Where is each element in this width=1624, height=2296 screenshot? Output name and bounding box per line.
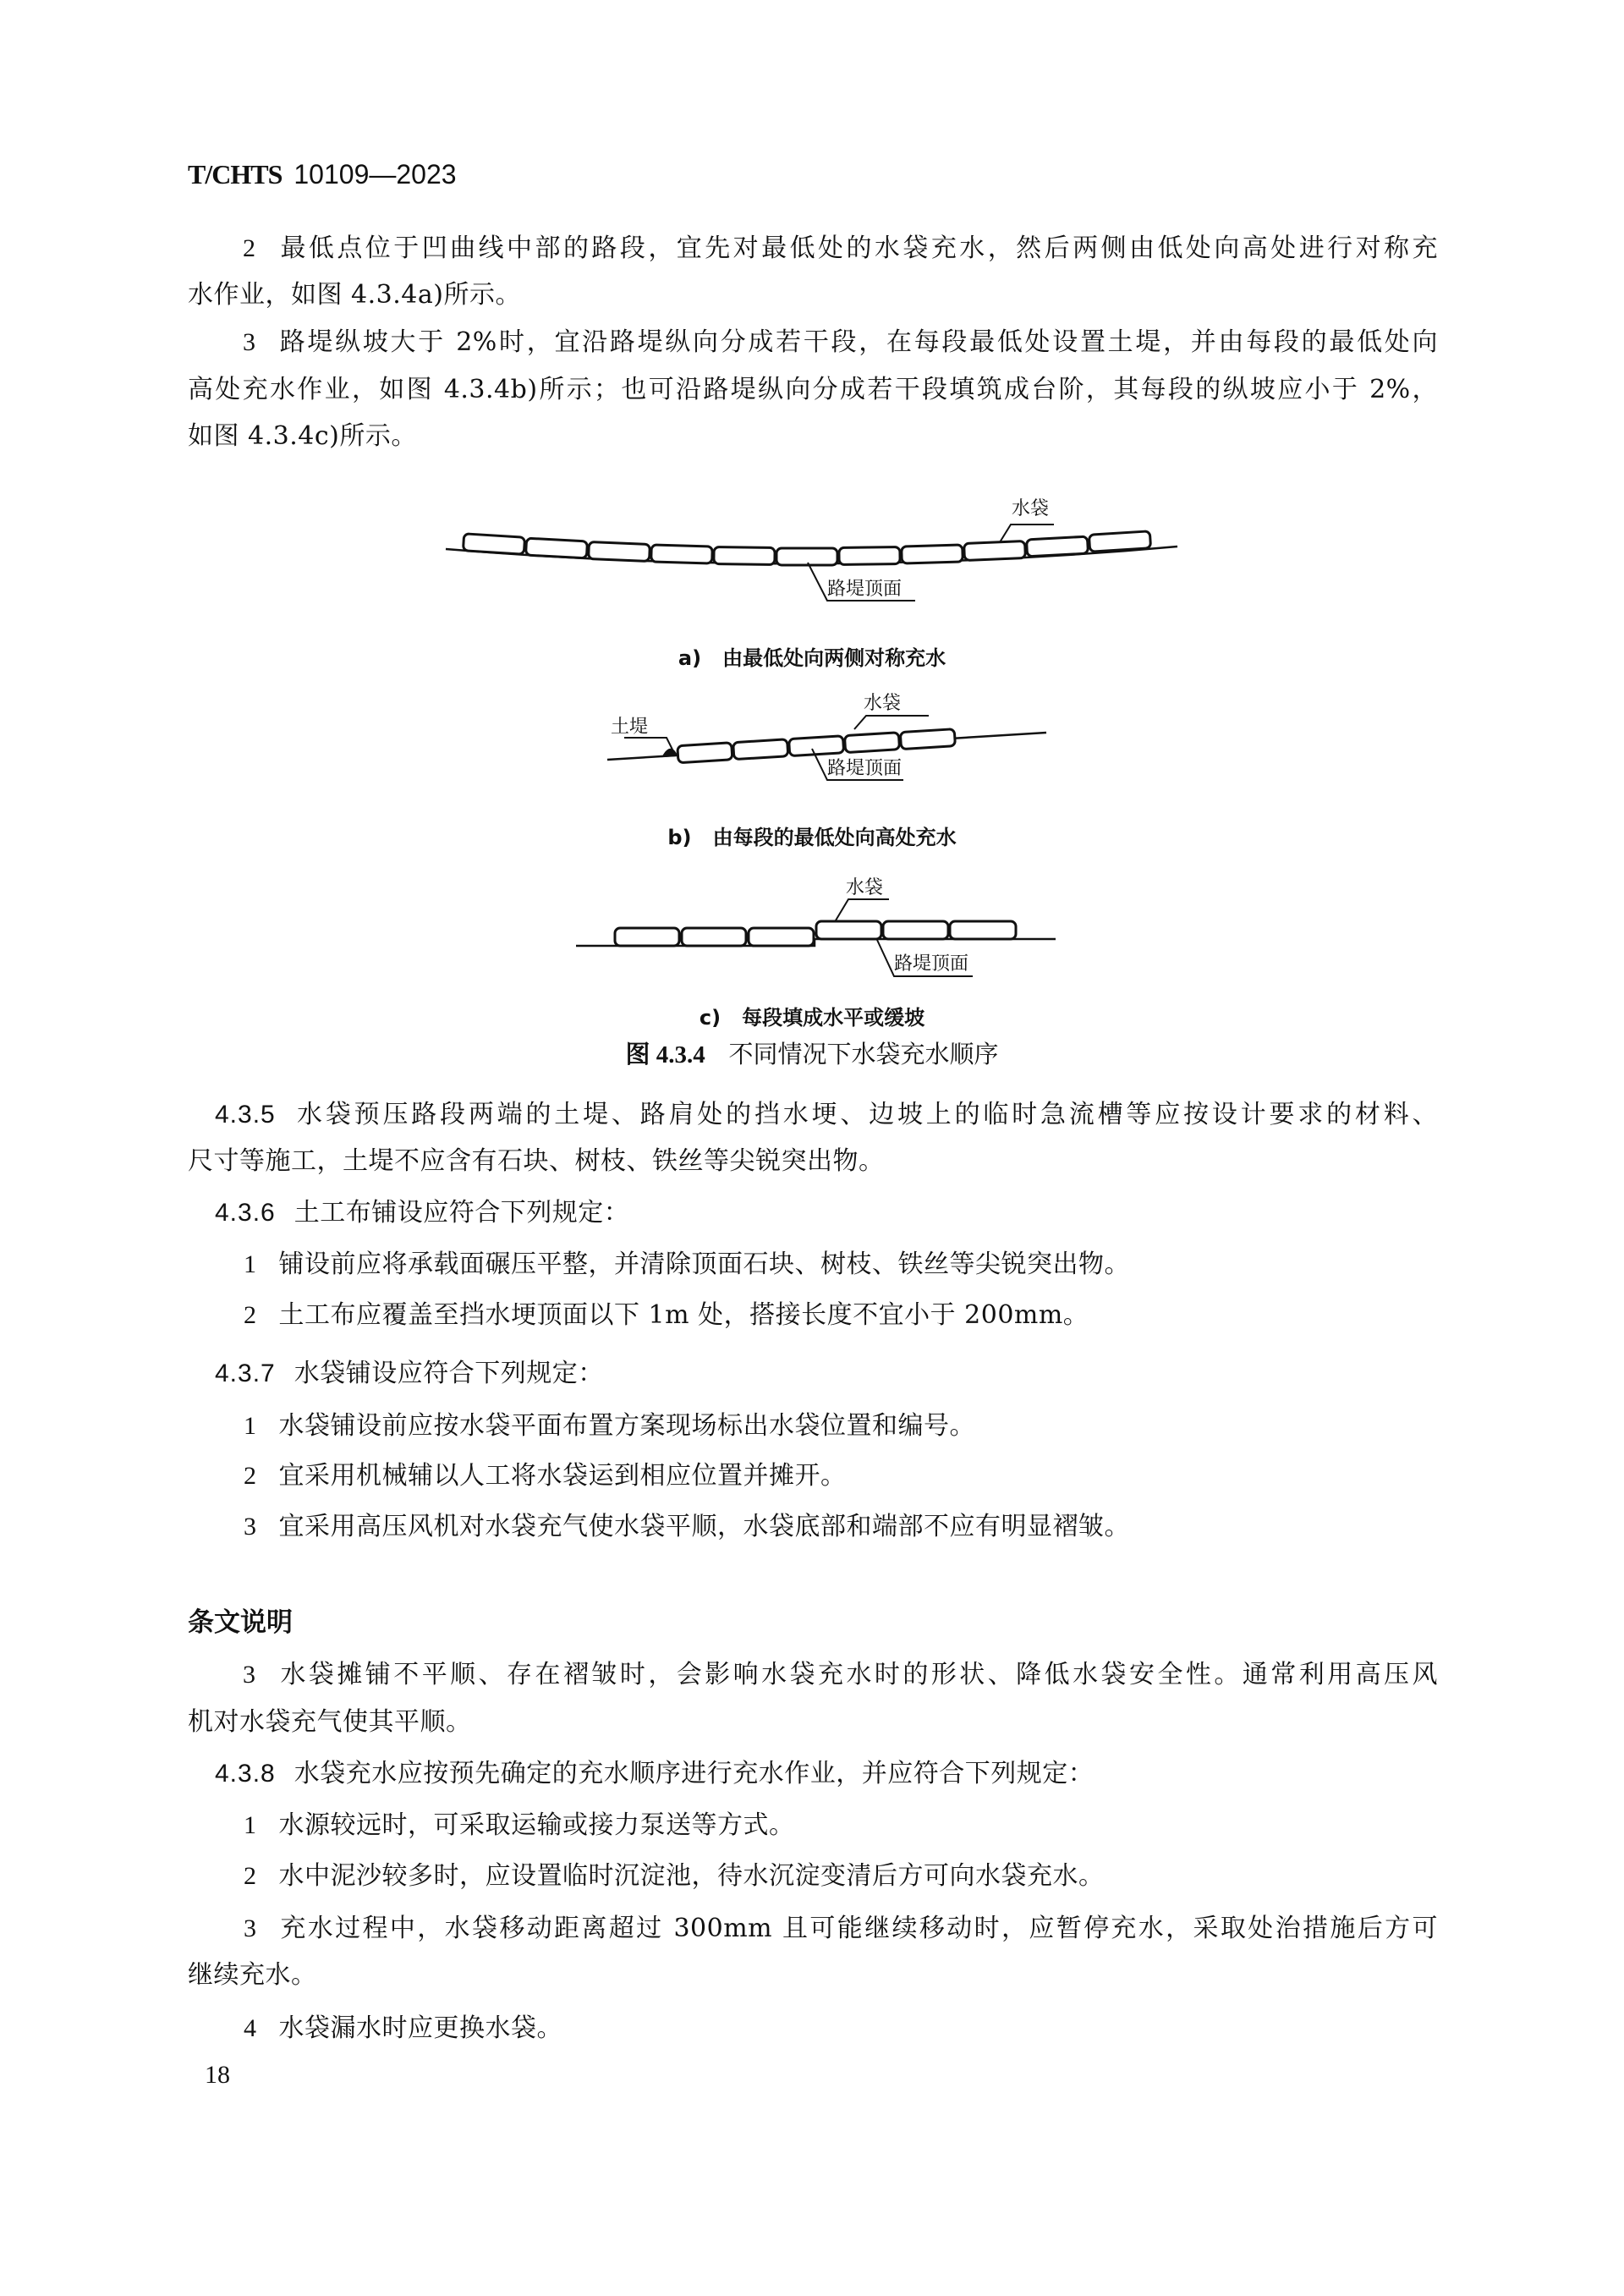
page-number: 18 xyxy=(205,2061,230,2090)
figure-title-text: 不同情况下水袋充水顺序 xyxy=(728,1040,998,1068)
diagram-a-surface-label: 路堤顶面 xyxy=(827,579,902,600)
section-title: 土工布铺设应符合下列规定： xyxy=(294,1198,630,1228)
item-text: 宜采用高压风机对水袋充气使水袋平顺，水袋底部和端部不应有明显褶皱。 xyxy=(279,1512,1131,1541)
figure-4-3-4-diagrams: 水袋 路堤顶面 土堤 水袋 路堤顶面 水袋 路堤顶面 xyxy=(0,0,1624,1100)
subfigure-caption-text: 由最低处向两侧对称充水 xyxy=(722,646,946,670)
section-title: 水袋铺设应符合下列规定： xyxy=(294,1359,604,1388)
subfigure-a-caption: a) 由最低处向两侧对称充水 xyxy=(0,645,1624,671)
item-text: 宜采用机械辅以人工将水袋运到相应位置并摊开。 xyxy=(279,1461,847,1491)
item-number: 1 xyxy=(244,1811,257,1839)
section-4-3-6-item-1: 1铺设前应将承载面碾压平整，并清除顶面石块、树枝、铁丝等尖锐突出物。 xyxy=(244,1250,1130,1280)
commentary-text: 水袋摊铺不平顺、存在褶皱时，会影响水袋充水时的形状、降低水袋安全性。通常利用高压… xyxy=(278,1660,1439,1689)
item-number: 2 xyxy=(244,1862,257,1890)
item-text: 水中泥沙较多时，应设置临时沉淀池，待水沉淀变清后方可向水袋充水。 xyxy=(279,1861,1105,1891)
item-text: 水袋铺设前应按水袋平面布置方案现场标出水袋位置和编号。 xyxy=(279,1411,976,1441)
section-4-3-8-item-4: 4水袋漏水时应更换水袋。 xyxy=(244,2013,562,2044)
section-4-3-8-item-3-line-1: 3充水过程中，水袋移动距离超过 300mm 且可能继续移动时，应暂停充水，采取处… xyxy=(188,1914,1438,1944)
diagram-b-bag-label: 水袋 xyxy=(864,693,901,714)
section-text: 水袋预压路段两端的土堤、路肩处的挡水埂、边坡上的临时急流槽等应按设计要求的材料、 xyxy=(294,1100,1438,1129)
item-number: 2 xyxy=(244,1301,257,1329)
item-text: 水袋漏水时应更换水袋。 xyxy=(279,2013,563,2043)
section-4-3-7: 4.3.7水袋铺设应符合下列规定： xyxy=(215,1359,604,1389)
section-4-3-7-item-3: 3宜采用高压风机对水袋充气使水袋平顺，水袋底部和端部不应有明显褶皱。 xyxy=(244,1512,1130,1542)
subfigure-caption-text: 由每段的最低处向高处充水 xyxy=(713,826,957,849)
section-number: 4.3.6 xyxy=(215,1199,276,1227)
item-text: 水源较远时，可采取运输或接力泵送等方式。 xyxy=(279,1810,795,1840)
item-text: 充水过程中，水袋移动距离超过 300mm 且可能继续移动时，应暂停充水，采取处治… xyxy=(279,1914,1439,1943)
subfigure-c-caption: c) 每段填成水平或缓坡 xyxy=(0,1005,1624,1030)
diagram-c-surface-label: 路堤顶面 xyxy=(894,953,968,975)
section-4-3-8: 4.3.8水袋充水应按预先确定的充水顺序进行充水作业，并应符合下列规定： xyxy=(215,1759,1094,1789)
subfigure-label: a) xyxy=(678,646,701,670)
item-number: 1 xyxy=(244,1250,257,1278)
bag-leader-line xyxy=(836,899,889,920)
section-4-3-6: 4.3.6土工布铺设应符合下列规定： xyxy=(215,1198,629,1228)
bag-leader-line xyxy=(854,716,929,729)
section-4-3-8-item-1: 1水源较远时，可采取运输或接力泵送等方式。 xyxy=(244,1810,795,1841)
subfigure-label: b) xyxy=(667,826,691,849)
diagram-a-bag-label: 水袋 xyxy=(1012,498,1049,519)
item-number: 2 xyxy=(244,1462,257,1490)
section-4-3-8-item-3-line-2: 继续充水。 xyxy=(188,1960,317,1991)
section-number: 4.3.8 xyxy=(215,1760,276,1788)
diagram-b-berm-label: 土堤 xyxy=(611,717,648,738)
item-number: 1 xyxy=(244,1412,257,1440)
commentary-line-1: 3水袋摊铺不平顺、存在褶皱时，会影响水袋充水时的形状、降低水袋安全性。通常利用高… xyxy=(188,1660,1438,1690)
subfigure-b-caption: b) 由每段的最低处向高处充水 xyxy=(0,825,1624,850)
item-text: 铺设前应将承载面碾压平整，并清除顶面石块、树枝、铁丝等尖锐突出物。 xyxy=(279,1250,1131,1279)
soil-berm xyxy=(663,750,677,756)
section-4-3-6-item-2: 2土工布应覆盖至挡水埂顶面以下 1m 处，搭接长度不宜小于 200mm。 xyxy=(244,1300,1089,1331)
diagram-c-bag-label: 水袋 xyxy=(846,877,883,898)
section-4-3-7-item-2: 2宜采用机械辅以人工将水袋运到相应位置并摊开。 xyxy=(244,1461,847,1491)
section-number: 4.3.7 xyxy=(215,1359,276,1387)
figure-title: 图 4.3.4 不同情况下水袋充水顺序 xyxy=(0,1039,1624,1070)
section-4-3-8-item-2: 2水中泥沙较多时，应设置临时沉淀池，待水沉淀变清后方可向水袋充水。 xyxy=(244,1861,1105,1892)
subfigure-label: c) xyxy=(700,1006,721,1030)
section-4-3-7-item-1: 1水袋铺设前应按水袋平面布置方案现场标出水袋位置和编号。 xyxy=(244,1411,975,1442)
figure-number: 图 4.3.4 xyxy=(626,1041,705,1068)
item-number: 4 xyxy=(244,2014,257,2042)
water-bags xyxy=(463,531,1150,565)
commentary-heading: 条文说明 xyxy=(188,1607,293,1638)
item-text: 土工布应覆盖至挡水埂顶面以下 1m 处，搭接长度不宜小于 200mm。 xyxy=(279,1300,1089,1330)
commentary-line-2: 机对水袋充气使其平顺。 xyxy=(188,1707,472,1738)
diagram-a xyxy=(446,525,1177,601)
diagram-b-surface-label: 路堤顶面 xyxy=(827,758,902,779)
item-number: 3 xyxy=(243,1661,256,1689)
section-4-3-5-line-2: 尺寸等施工，土堤不应含有石块、树枝、铁丝等尖锐突出物。 xyxy=(188,1146,885,1177)
section-title: 水袋充水应按预先确定的充水顺序进行充水作业，并应符合下列规定： xyxy=(294,1759,1095,1788)
subfigure-caption-text: 每段填成水平或缓坡 xyxy=(742,1006,924,1030)
section-4-3-5-line-1: 4.3.5水袋预压路段两端的土堤、路肩处的挡水埂、边坡上的临时急流槽等应按设计要… xyxy=(188,1100,1438,1130)
diagram-c xyxy=(576,899,1056,976)
item-number: 3 xyxy=(244,1914,257,1942)
item-number: 3 xyxy=(244,1513,257,1541)
section-number: 4.3.5 xyxy=(215,1101,276,1129)
